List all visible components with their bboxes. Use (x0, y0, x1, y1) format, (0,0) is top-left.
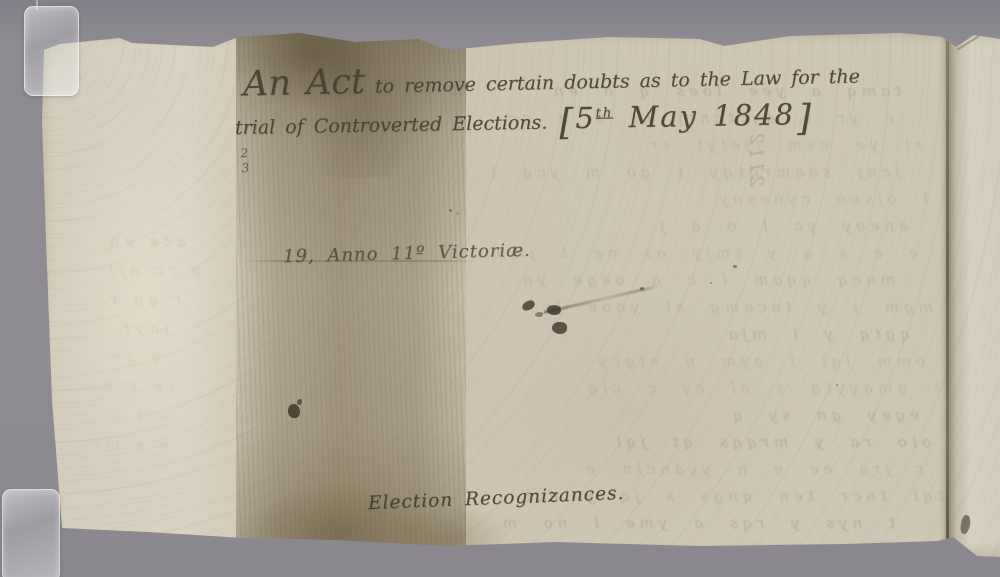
fold-mark-upper: 2 (240, 146, 249, 161)
date-bracket-close: ] (797, 98, 812, 139)
ink-bleedthrough-texture-left: ace eno rc njt r gg rjayry gcse e non t … (68, 228, 203, 463)
date-bracket-open: [ (559, 102, 574, 143)
document-weight-top-left (24, 6, 79, 96)
photo-stage: tamq a yee loes q o ene yr o qyctcnrj cs… (0, 0, 1000, 577)
date-ordinal: th (596, 106, 614, 121)
edge-notch-stain (959, 514, 972, 534)
ink-blot (552, 322, 567, 334)
ink-blot (297, 399, 302, 405)
parchment-document: tamq a yee loes q o ene yr o qyctcnrj cs… (38, 28, 1000, 562)
ink-speck (710, 282, 712, 284)
act-title-text-2: trial of Controverted Elections. (235, 112, 548, 139)
ink-bleedthrough-texture: tamq a yee loes q o ene yr o qyctcnrj cs… (470, 78, 945, 540)
act-title-text: to remove certain doubts as to the Law f… (375, 66, 860, 98)
vertical-fold-crease (946, 36, 949, 542)
fold-mark-lower: 3 (241, 161, 250, 176)
corner-fold-edge (956, 35, 979, 50)
document-weight-bottom-left (2, 489, 60, 577)
ink-speck (733, 265, 737, 268)
act-opening-words: An Act (243, 62, 366, 105)
ink-blot (288, 404, 300, 418)
royal-assent-date: 5th May 1848 (575, 97, 795, 135)
fold-marks: 2 3 (240, 146, 250, 176)
ink-speck (640, 287, 644, 290)
ink-speck (449, 209, 452, 212)
ink-speck (836, 384, 838, 386)
